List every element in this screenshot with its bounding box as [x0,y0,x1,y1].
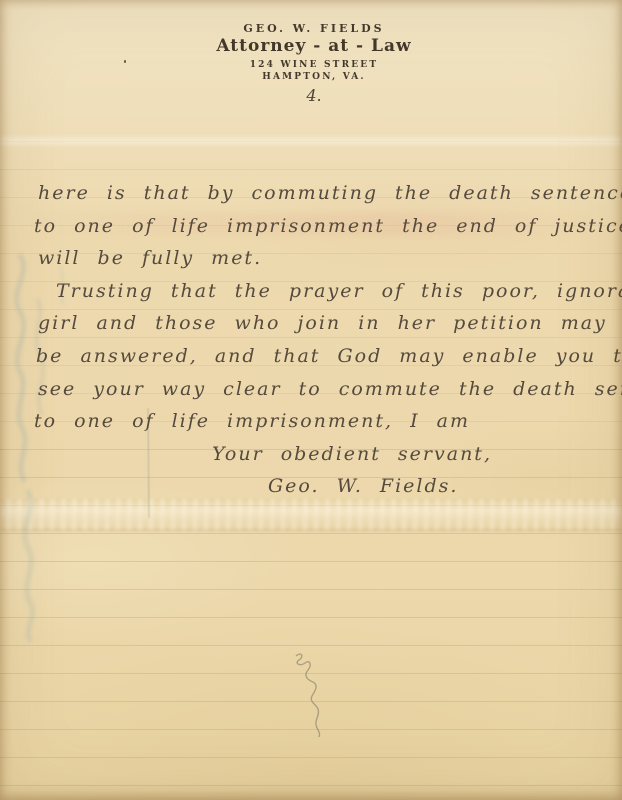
signature: Geo. W. Fields. [0,470,622,503]
handwritten-line: to one of life imprisonment the end of j… [0,210,622,243]
fold-crease-main [0,499,622,531]
letterhead-title: Attorney - at - Law [6,36,622,56]
handwritten-line: Trusting that the prayer of this poor, i… [0,275,622,308]
fold-crease-shadow [0,529,622,531]
letterhead-name: GEO. W. FIELDS [6,22,622,35]
fold-crease-upper [0,137,622,145]
letterhead-city: HAMPTON, VA. [6,72,622,82]
letterhead: GEO. W. FIELDS Attorney - at - Law 124 W… [6,22,622,105]
valediction: Your obedient servant, [0,438,622,471]
handwritten-line: girl and those who join in her petition … [0,307,622,340]
handwritten-line: to one of life imprisonment, I am [0,405,622,438]
handwritten-line: here is that by commuting the death sent… [0,177,622,210]
letter-page: GEO. W. FIELDS Attorney - at - Law 124 W… [0,0,622,800]
handwritten-line: see your way clear to commute the death … [0,373,622,406]
page-number: 4. [6,86,622,105]
handwritten-line: be answered, and that God may enable you… [0,340,622,373]
handwritten-line: will be fully met. [0,242,622,275]
letterhead-street: 124 WINE STREET [6,60,622,70]
letter-body: here is that by commuting the death sent… [0,177,622,503]
